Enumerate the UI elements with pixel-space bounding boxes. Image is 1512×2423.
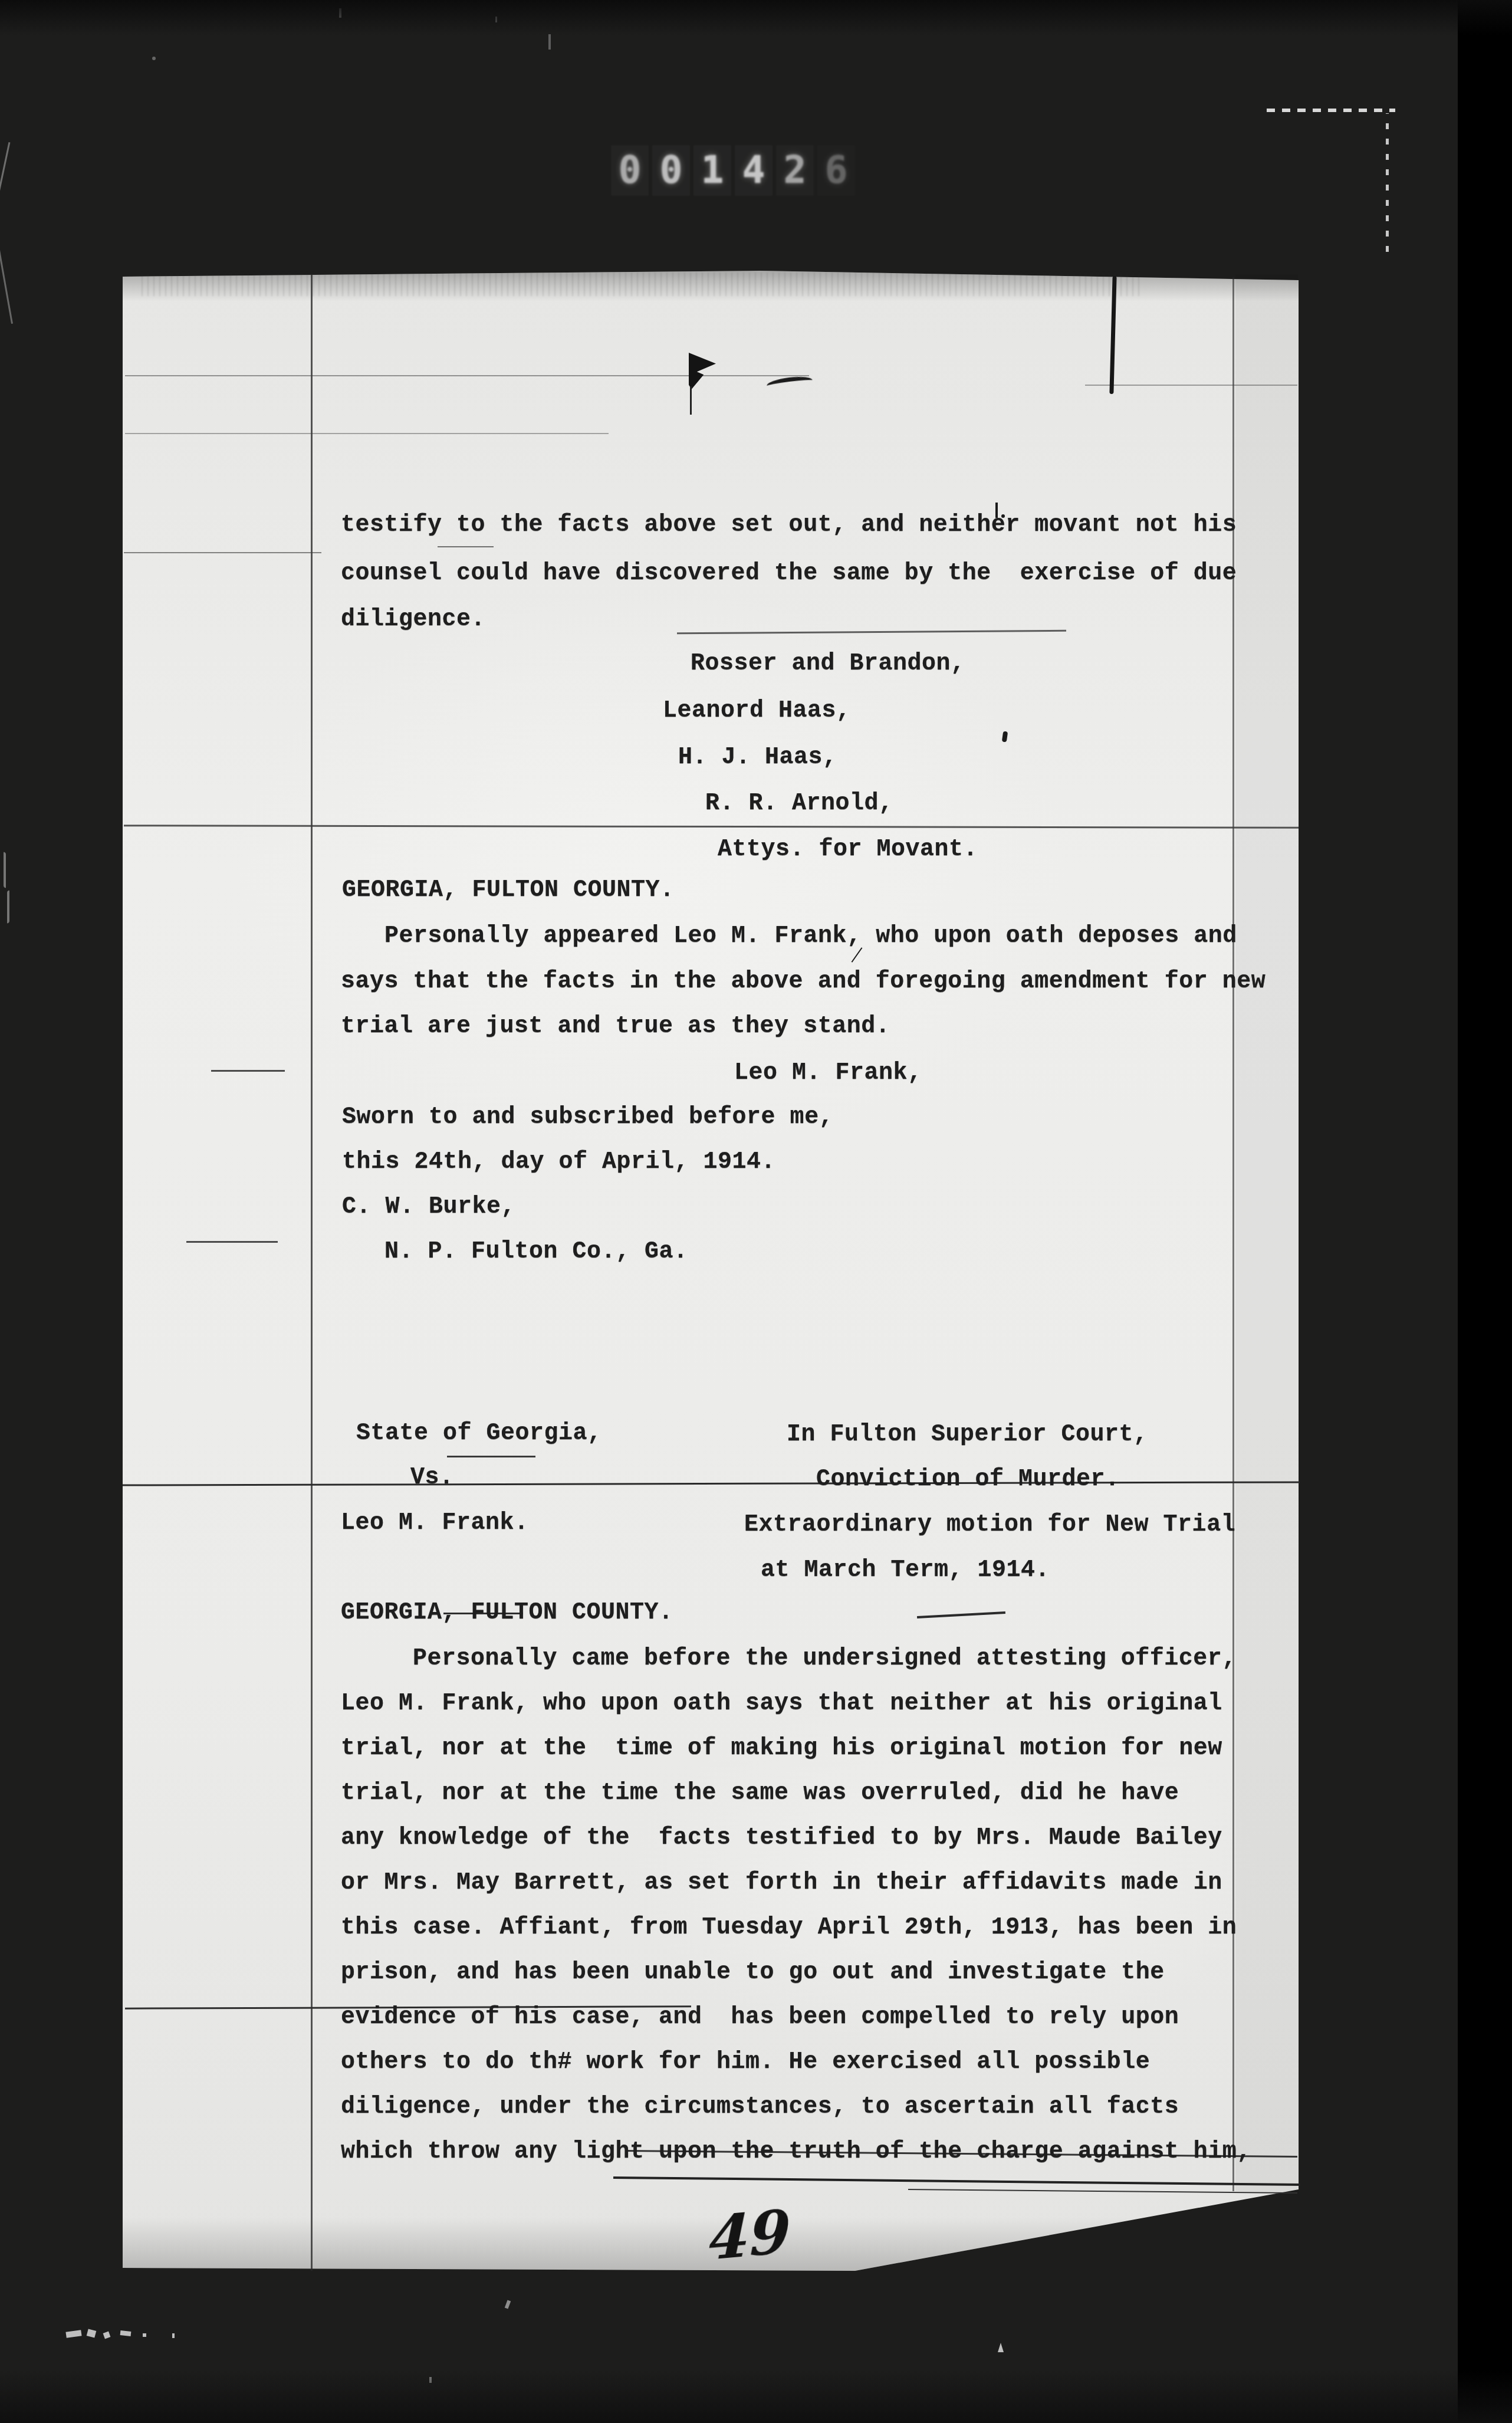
film-bottom-vignette [0, 2370, 1512, 2423]
body-line-11: which throw any light upon the truth of … [341, 2139, 1251, 2166]
signature-r-r-arnold: R. R. Arnold, [705, 790, 893, 817]
signature-rosser-brandon: Rosser and Brandon, [691, 651, 965, 678]
scratch-line [124, 552, 321, 553]
ink-blot-tail [690, 386, 692, 415]
caption-conviction-of-murder: Conviction of Murder. [816, 1466, 1120, 1493]
frame-counter-stamp: 001426 [611, 145, 855, 196]
body-line-7: prison, and has been unable to go out an… [341, 1959, 1165, 1987]
film-edge-squiggle [4, 852, 6, 888]
scratch-line [438, 546, 494, 547]
caption-in-fulton-superior-court: In Fulton Superior Court, [787, 1421, 1148, 1449]
caption-leo-m-frank: Leo M. Frank. [341, 1510, 529, 1537]
margin-dash [211, 1070, 285, 1072]
film-speck-row [65, 2330, 81, 2338]
white-scratch-horizontal [1267, 109, 1395, 112]
frame-counter-digit: 2 [776, 145, 814, 196]
film-edge-black-band [1458, 0, 1512, 2423]
line-says-that: says that the facts in the above and for… [341, 968, 1266, 996]
frame-counter-digit: 1 [693, 145, 731, 196]
line-sworn-to: Sworn to and subscribed before me, [342, 1104, 833, 1131]
body-line-10: diligence, under the circumstances, to a… [341, 2094, 1179, 2121]
body-line-2: trial, nor at the time of making his ori… [341, 1735, 1222, 1762]
body-line-9: others to do th# work for him. He exerci… [341, 2049, 1150, 2076]
film-speck-row [120, 2330, 132, 2336]
line-n-p-fulton: N. P. Fulton Co., Ga. [384, 1239, 688, 1266]
film-speck [998, 2343, 1004, 2352]
frame-counter-digit: 4 [735, 145, 773, 196]
heading-georgia-fulton-county-2: GEORGIA, FULTON COUNTY. [341, 1600, 673, 1627]
signature-leo-m-frank: Leo M. Frank, [734, 1060, 922, 1087]
line-trial-are-just: trial are just and true as they stand. [341, 1013, 890, 1040]
signature-leanord-haas: Leanord Haas, [663, 698, 851, 725]
scratch-line [125, 375, 809, 376]
frame-counter-digit: 6 [817, 145, 855, 196]
body-line-4: any knowledge of the facts testified to … [341, 1825, 1222, 1852]
body-line-6: this case. Affiant, from Tuesday April 2… [341, 1915, 1237, 1942]
body-line-3: trial, nor at the time the same was over… [341, 1780, 1179, 1807]
paper-right-shading [1235, 274, 1298, 2191]
left-margin-rule-line [311, 274, 313, 2271]
film-edge-scratch [0, 237, 13, 324]
body-line-1: Leo M. Frank, who upon oath says that ne… [341, 1690, 1222, 1718]
microfilm-frame: testify to the facts above set out, and … [0, 0, 1512, 2423]
film-speck-row [87, 2329, 97, 2337]
film-speck [505, 2300, 511, 2309]
scratch-line [1085, 385, 1297, 386]
caption-state-of-georgia: State of Georgia, [356, 1420, 602, 1447]
frame-counter-digit: 0 [652, 145, 690, 196]
film-speck [152, 57, 156, 60]
white-scratch-vertical [1386, 113, 1389, 252]
paper-top-grain [142, 272, 1144, 296]
heading-georgia-fulton-county-1: GEORGIA, FULTON COUNTY. [342, 877, 675, 904]
scratch-line [125, 433, 609, 434]
signature-c-w-burke: C. W. Burke, [342, 1194, 515, 1221]
margin-dash [186, 1241, 278, 1243]
line-counsel: counsel could have discovered the same b… [341, 560, 1237, 587]
film-speck-row [103, 2332, 111, 2339]
signature-h-j-haas: H. J. Haas, [678, 744, 837, 771]
caption-vs: Vs. [410, 1465, 454, 1492]
dash-after-vs [447, 1456, 535, 1457]
film-edge-squiggle [7, 890, 9, 924]
frame-counter-digit: 0 [611, 145, 649, 196]
film-speck-row [172, 2333, 175, 2338]
caption-at-march-term: at March Term, 1914. [761, 1557, 1050, 1584]
line-testify: testify to the facts above set out, and … [341, 512, 1237, 539]
line-this-24th: this 24th, day of April, 1914. [342, 1149, 775, 1176]
attys-for-movant: Attys. for Movant. [718, 836, 978, 864]
line-personally-appeared: Personally appeared Leo M. Frank, who up… [384, 923, 1237, 950]
film-speck [548, 34, 551, 50]
film-speck-row [143, 2333, 146, 2337]
body-line-8: evidence of his case, and has been compe… [341, 2004, 1179, 2031]
body-line-5: or Mrs. May Barrett, as set forth in the… [341, 1870, 1222, 1897]
line-personally-came: Personally came before the undersigned a… [413, 1646, 1237, 1673]
caption-extraordinary-motion: Extraordinary motion for New Trial [744, 1512, 1235, 1539]
handwritten-page-number: 49 [708, 2202, 791, 2269]
film-edge-scratch [0, 142, 10, 212]
film-top-vignette [0, 0, 1512, 35]
line-diligence: diligence. [341, 606, 485, 633]
